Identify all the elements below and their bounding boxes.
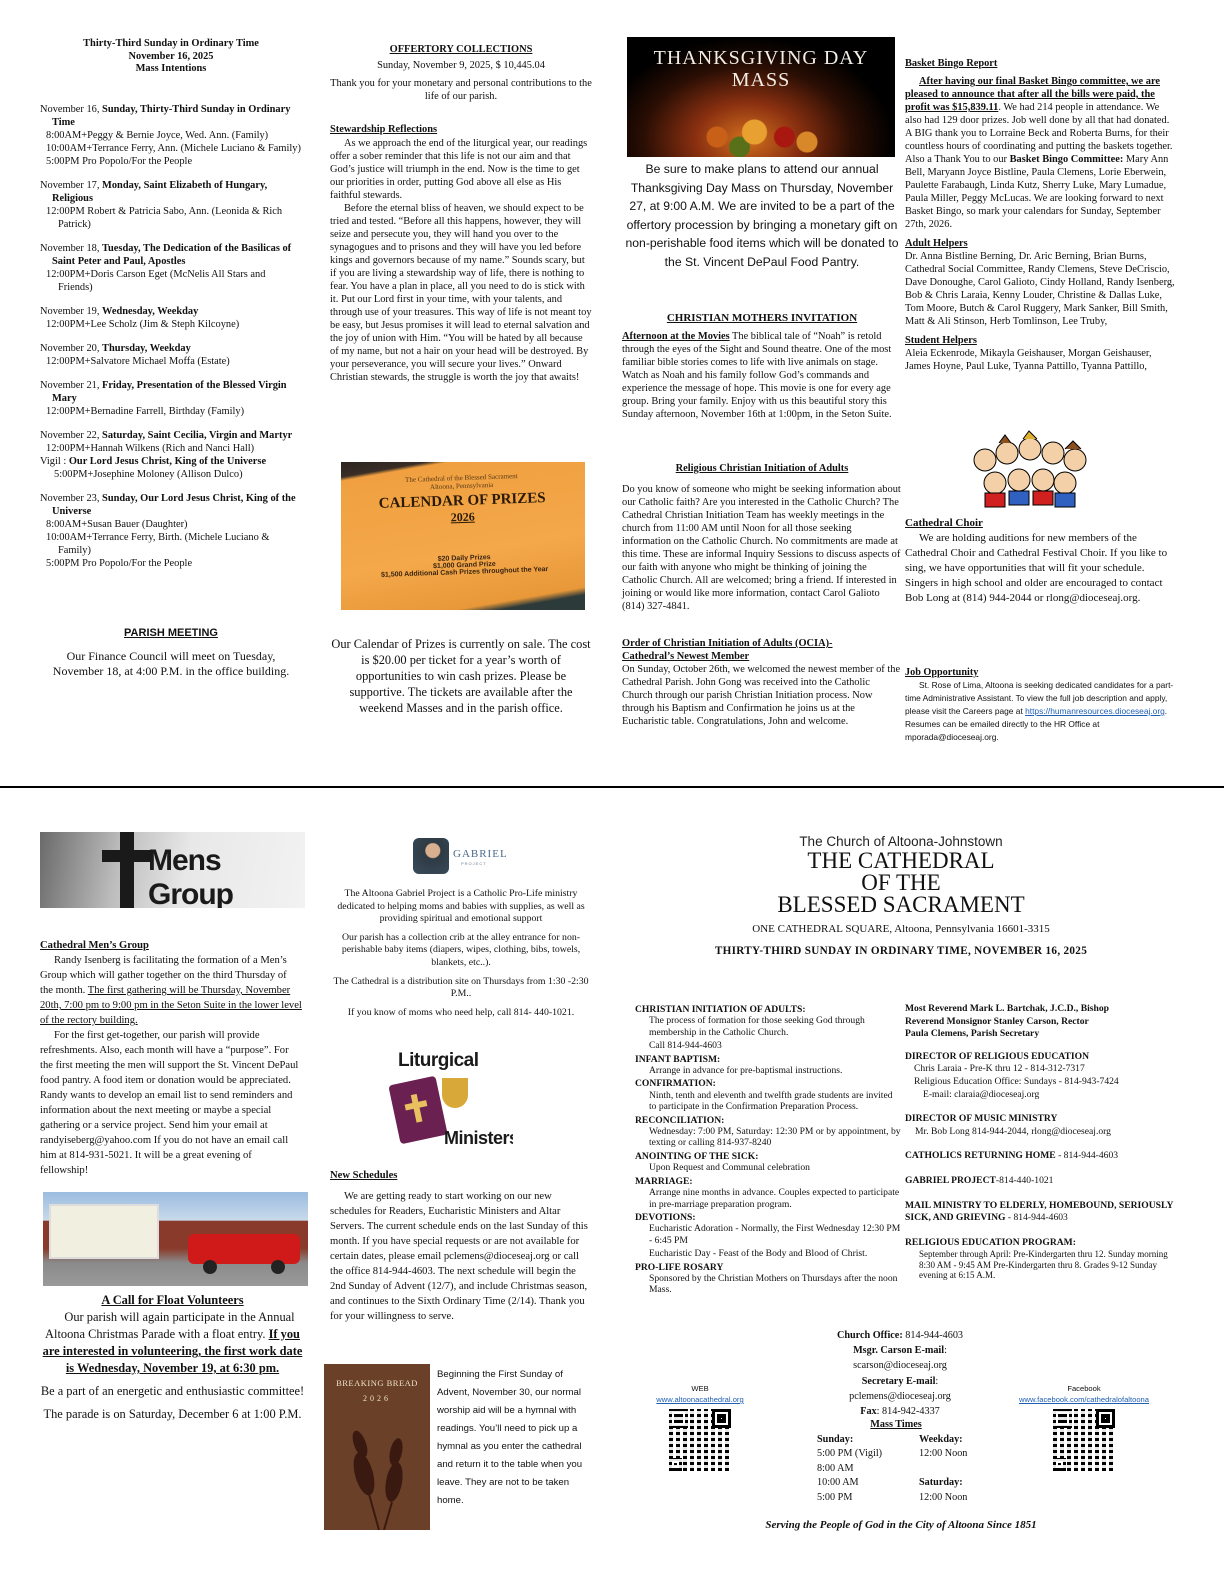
offertory-section: OFFERTORY COLLECTIONS Sunday, November 9… [330, 43, 592, 384]
mens-group-title: Cathedral Men’s Group [40, 938, 302, 953]
religious-ed-program-body: September through April: Pre-Kindergarte… [905, 1249, 1175, 1281]
float-paragraph-2: Be a part of an energetic and enthusiast… [40, 1383, 305, 1400]
adult-helpers-title: Adult Helpers [905, 237, 1175, 250]
mass-intention-line: 12:00PM+Hannah Wilkens (Rich and Nanci H… [40, 442, 302, 455]
float-trailer [49, 1204, 159, 1259]
secretary-email-label: Secretary E-mail: [770, 1374, 1030, 1389]
breaking-bread-year: 2026 [324, 1394, 430, 1403]
new-schedules-section: New Schedules We are getting ready to st… [330, 1168, 592, 1324]
breaking-bread-title: BREAKING BREAD [324, 1378, 430, 1388]
mass-intentions-title: Thirty-Third Sunday in Ordinary Time [40, 38, 302, 51]
secretary-email-label-text: Secretary E-mail [862, 1376, 936, 1387]
dre-line: Religious Education Office: Sundays - 81… [905, 1076, 1175, 1089]
basket-bingo-title: Basket Bingo Report [905, 57, 1175, 70]
cathedral-address: ONE CATHEDRAL SQUARE, Altoona, Pennsylva… [622, 922, 1180, 936]
mail-ministry-phone: - 814-944-4603 [1006, 1212, 1068, 1223]
breaking-bread-cover: BREAKING BREAD 2026 [324, 1364, 430, 1530]
bible-icon [388, 1076, 447, 1145]
adult-helpers-list: Dr. Anna Bistline Berning, Dr. Aric Bern… [905, 250, 1175, 328]
mass-intention-date: November 23, [40, 493, 102, 504]
calendar-of-prizes-photo: The Cathedral of the Blessed Sacrament A… [341, 462, 585, 610]
secretary-name: Paula Clemens, Parish Secretary [905, 1028, 1175, 1041]
mass-intention-line: 5:00PM Pro Popolo/For the People [40, 557, 302, 570]
rcia-title: Religious Christian Initiation of Adults [622, 462, 902, 475]
basket-bingo-body: After having our final Basket Bingo comm… [905, 75, 1175, 231]
religious-ed-program-title: RELIGIOUS EDUCATION PROGRAM: [905, 1237, 1175, 1250]
music-contact: Mr. Bob Long 814-944-2044, rlong@diocese… [905, 1126, 1175, 1139]
gabriel-phone: -814-440-1021 [996, 1175, 1054, 1186]
mass-intention-line: 5:00PM+Josephine Moloney (Allison Dulco) [40, 468, 302, 481]
basket-bingo-committee: Mary Ann Bell, Maryann Joyce Bistline, P… [905, 154, 1168, 230]
weekday-time: 12:00 Noon [919, 1447, 967, 1462]
mass-intention-line: 12:00PM+Doris Carson Eget (McNelis All S… [40, 268, 302, 294]
cross-icon-bar [102, 850, 152, 862]
ocia-body: On Sunday, October 26th, we welcomed the… [622, 663, 902, 728]
float-text: Our parish will again participate in the… [45, 1310, 295, 1341]
mass-intention-day: November 20, Thursday, Weekday [40, 342, 302, 355]
choir-clipart-icon [965, 425, 1095, 510]
sacrament-detail: Eucharistic Adoration - Normally, the Fi… [635, 1223, 901, 1246]
website-link[interactable]: www.altoonacathedral.org [656, 1395, 743, 1404]
catholics-returning-home: CATHOLICS RETURNING HOME - 814-944-4603 [905, 1150, 1175, 1163]
mass-intention-entry: November 21, Friday, Presentation of the… [40, 379, 302, 418]
mass-intention-line: 8:00AM+Peggy & Bernie Joyce, Wed. Ann. (… [40, 129, 302, 142]
mass-intention-entry: November 17, Monday, Saint Elizabeth of … [40, 179, 302, 231]
float-title: A Call for Float Volunteers [40, 1292, 305, 1309]
spacer [919, 1462, 967, 1477]
student-helpers-title: Student Helpers [905, 334, 1175, 347]
cathedral-name-line1: THE CATHEDRAL [622, 850, 1180, 872]
ocia-section: Order of Christian Initiation of Adults … [622, 637, 902, 728]
facebook-link[interactable]: www.facebook.com/cathedralofaltoona [1019, 1395, 1149, 1404]
bishop-name: Most Reverend Mark L. Bartchak, J.C.D., … [905, 1003, 1175, 1016]
mail-ministry-contact: MAIL MINISTRY TO ELDERLY, HOMEBOUND, SER… [905, 1200, 1175, 1225]
web-qr-block: WEB www.altoonacathedral.org [640, 1383, 760, 1471]
msgr-email[interactable]: scarson@dioceseaj.org [770, 1358, 1030, 1373]
vigil-line: Vigil : Our Lord Jesus Christ, King of t… [40, 455, 302, 468]
stewardship-paragraph-1: As we approach the end of the liturgical… [330, 137, 592, 202]
mens-group-paragraph-2: For the first get-together, our parish w… [40, 1028, 302, 1178]
mass-intention-day: November 21, Friday, Presentation of the… [40, 379, 302, 405]
job-title: Job Opportunity [905, 666, 1175, 679]
sunday-time: 5:00 PM [817, 1491, 919, 1506]
sacrament-label: ANOINTING OF THE SICK: [635, 1151, 901, 1162]
fax: Fax: 814-942-4337 [770, 1404, 1030, 1419]
mass-intention-date: November 19, [40, 306, 102, 317]
calendar-prizes-body: Our Calendar of Prizes is currently on s… [330, 636, 592, 716]
liturgical-logo-line1: Liturgical [398, 1050, 479, 1072]
mens-group-banner-text: Mens Group [148, 844, 305, 908]
returning-phone: - 814-944-4603 [1056, 1150, 1118, 1161]
student-helpers-list: Aleia Eckenrode, Mikayla Geishauser, Mor… [905, 347, 1175, 373]
choir-section: Cathedral Choir We are holding auditions… [905, 516, 1175, 606]
mass-intentions-header: Thirty-Third Sunday in Ordinary Time Nov… [40, 38, 302, 76]
stewardship-paragraph-2: Before the eternal bliss of heaven, we s… [330, 202, 592, 384]
mass-intention-line: 10:00AM+Terrance Ferry, Birth. (Michele … [40, 531, 302, 557]
thanksgiving-banner-line2: MASS [627, 69, 895, 91]
mass-intention-day: November 23, Sunday, Our Lord Jesus Chri… [40, 492, 302, 518]
job-careers-link[interactable]: https://humanresources.dioceseaj.org [1025, 706, 1165, 716]
truck-wheel [203, 1260, 217, 1274]
mass-intention-day: November 17, Monday, Saint Elizabeth of … [40, 179, 302, 205]
christian-mothers-section: CHRISTIAN MOTHERS INVITATION Afternoon a… [622, 312, 902, 421]
float-volunteers-section: A Call for Float Volunteers Our parish w… [40, 1292, 305, 1423]
mass-times-title: Mass Times [811, 1418, 981, 1433]
rcia-section: Religious Christian Initiation of Adults… [622, 462, 902, 613]
gabriel-logo-subtext: PROJECT [461, 861, 487, 866]
wheat-icon [324, 1404, 430, 1530]
truck-wheel [271, 1260, 285, 1274]
mass-intention-date: November 17, [40, 180, 102, 191]
mens-group-paragraph-1: Randy Isenberg is facilitating the forma… [40, 953, 302, 1028]
job-body: St. Rose of Lima, Altoona is seeking ded… [905, 679, 1175, 744]
parish-meeting-body: Our Finance Council will meet on Tuesday… [40, 649, 302, 679]
footer-tagline: Serving the People of God in the City of… [622, 1519, 1180, 1532]
masthead: The Church of Altoona-Johnstown THE CATH… [622, 834, 1180, 958]
web-qr-code-icon[interactable] [669, 1409, 731, 1471]
bulletin-date-line: THIRTY-THIRD SUNDAY IN ORDINARY TIME, NO… [622, 944, 1180, 958]
new-schedules-title: New Schedules [330, 1168, 592, 1183]
parish-meeting-title: PARISH MEETING [40, 626, 302, 641]
sacrament-detail: Arrange in advance for pre-baptismal ins… [635, 1065, 901, 1076]
mass-intentions-list: November 16, Sunday, Thirty-Third Sunday… [40, 103, 302, 570]
choir-singers-clipart [965, 425, 1095, 510]
offertory-amount: Sunday, November 9, 2025, $ 10,445.04 [330, 59, 592, 72]
thanksgiving-banner-line1: THANKSGIVING DAY [627, 47, 895, 69]
contact-block: Church Office: 814-944-4603 Msgr. Carson… [770, 1328, 1030, 1419]
basket-bingo-committee-label: Basket Bingo Committee: [1010, 154, 1124, 165]
mass-intentions-subtitle: Mass Intentions [40, 63, 302, 76]
mass-intention-day: November 16, Sunday, Thirty-Third Sunday… [40, 103, 302, 129]
sacrament-label: MARRIAGE: [635, 1176, 901, 1187]
thanksgiving-body: Be sure to make plans to attend our annu… [622, 160, 902, 271]
sacrament-detail: Eucharistic Day - Feast of the Body and … [635, 1248, 901, 1259]
mass-intention-date: November 22, [40, 430, 102, 441]
mass-intention-day: November 18, Tuesday, The Dedication of … [40, 242, 302, 268]
thanksgiving-banner-image: THANKSGIVING DAY MASS [627, 37, 895, 157]
new-schedules-body: We are getting ready to start working on… [330, 1189, 592, 1324]
returning-title: CATHOLICS RETURNING HOME [905, 1150, 1056, 1161]
offertory-thanks: Thank you for your monetary and personal… [330, 77, 592, 103]
sunday-mass-times: Sunday: 5:00 PM (Vigil) 8:00 AM 10:00 AM… [811, 1433, 919, 1506]
mass-intentions-date: November 16, 2025 [40, 51, 302, 64]
christian-mothers-lead: Afternoon at the Movies [622, 331, 730, 342]
ocia-title-2: Cathedral’s Newest Member [622, 650, 902, 663]
float-paragraph-3: The parade is on Saturday, December 6 at… [40, 1406, 305, 1423]
weekday-label: Weekday: [919, 1433, 967, 1448]
mass-times-grid: Sunday: 5:00 PM (Vigil) 8:00 AM 10:00 AM… [811, 1433, 991, 1506]
mass-intention-day: November 19, Wednesday, Weekday [40, 305, 302, 318]
sacraments-list: CHRISTIAN INITIATION OF ADULTS:The proce… [635, 1003, 901, 1298]
mass-intention-entry: November 18, Tuesday, The Dedication of … [40, 242, 302, 294]
calendar-photo-text: The Cathedral of the Blessed Sacrament A… [351, 470, 574, 580]
mass-intention-entry: November 20, Thursday, Weekday12:00PM+Sa… [40, 342, 302, 368]
float-paragraph-1: Our parish will again participate in the… [40, 1309, 305, 1377]
sacrament-detail: Wednesday: 7:00 PM, Saturday: 12:30 PM o… [635, 1126, 901, 1149]
mass-intention-line: 10:00AM+Terrance Ferry, Ann. (Michele Lu… [40, 142, 302, 155]
sacrament-detail: Call 814-944-4603 [635, 1040, 901, 1051]
breaking-bread-body: Beginning the First Sunday of Advent, No… [437, 1366, 585, 1510]
gabriel-section: The Altoona Gabriel Project is a Catholi… [330, 888, 592, 1019]
church-office-phone: 814-944-4603 [903, 1330, 963, 1341]
christian-mothers-title: CHRISTIAN MOTHERS INVITATION [622, 312, 902, 325]
web-label: WEB [640, 1383, 760, 1394]
offertory-title: OFFERTORY COLLECTIONS [330, 43, 592, 56]
mass-intention-entry: November 23, Sunday, Our Lord Jesus Chri… [40, 492, 302, 570]
mass-intention-line: 12:00PM+Lee Scholz (Jim & Steph Kilcoyne… [40, 318, 302, 331]
sunday-time: 10:00 AM [817, 1476, 919, 1491]
mass-intention-entry: November 22, Saturday, Saint Cecilia, Vi… [40, 429, 302, 481]
rcia-body: Do you know of someone who might be seek… [622, 483, 902, 613]
gabriel-project-logo: GABRIEL PROJECT [413, 838, 508, 874]
cross-icon [120, 832, 134, 908]
facebook-label: Facebook [1000, 1383, 1168, 1394]
liturgical-logo-line2: Ministers [444, 1128, 513, 1149]
facebook-qr-block: Facebook www.facebook.com/cathedralofalt… [1000, 1383, 1168, 1471]
sunday-time: 8:00 AM [817, 1462, 919, 1477]
chalice-icon [442, 1078, 468, 1108]
mens-group-section: Cathedral Men’s Group Randy Isenberg is … [40, 938, 302, 1178]
liturgical-ministers-logo: Liturgical Ministers [388, 1048, 513, 1152]
thanksgiving-banner-text: THANKSGIVING DAY MASS [627, 47, 895, 91]
parade-float-photo [43, 1192, 308, 1286]
basket-bingo-section: Basket Bingo Report After having our fin… [905, 57, 1175, 373]
saturday-label: Saturday: [919, 1476, 967, 1491]
mass-intention-feast: Wednesday, Weekday [102, 306, 198, 317]
sacrament-label: RECONCILIATION: [635, 1115, 901, 1126]
church-office-label: Church Office: [837, 1330, 903, 1341]
vigil-feast: Our Lord Jesus Christ, King of the Unive… [69, 456, 266, 467]
mass-intention-day: November 22, Saturday, Saint Cecilia, Vi… [40, 429, 302, 442]
cathedral-name-line2: OF THE [622, 872, 1180, 894]
mass-intention-feast: Thursday, Weekday [102, 343, 191, 354]
staff-directory: Most Reverend Mark L. Bartchak, J.C.D., … [905, 1003, 1175, 1281]
mass-intention-line: 12:00PM Robert & Patricia Sabo, Ann. (Le… [40, 205, 302, 231]
mass-intention-date: November 20, [40, 343, 102, 354]
dre-line: Chris Laraia - Pre-K thru 12 - 814-312-7… [905, 1063, 1175, 1076]
saturday-time: 12:00 Noon [919, 1491, 967, 1506]
sacrament-detail: Sponsored by the Christian Mothers on Th… [635, 1273, 901, 1296]
secretary-email[interactable]: pclemens@dioceseaj.org [770, 1389, 1030, 1404]
ocia-title-1: Order of Christian Initiation of Adults … [622, 637, 902, 650]
mass-times: Mass Times Sunday: 5:00 PM (Vigil) 8:00 … [811, 1418, 991, 1506]
gabriel-paragraph-4: If you know of moms who need help, call … [330, 1007, 592, 1020]
sacrament-detail: The process of formation for those seeki… [635, 1015, 901, 1038]
mass-intention-line: 12:00PM+Bernadine Farrell, Birthday (Fam… [40, 405, 302, 418]
sacrament-detail: Ninth, tenth and eleventh and twelfth gr… [635, 1090, 901, 1113]
sacrament-label: DEVOTIONS: [635, 1212, 901, 1223]
sacrament-label: PRO-LIFE ROSARY [635, 1262, 901, 1273]
fax-label: Fax [860, 1406, 876, 1417]
mass-intention-date: November 18, [40, 243, 102, 254]
job-section: Job Opportunity St. Rose of Lima, Altoon… [905, 666, 1175, 744]
dre-email: E-mail: claraia@dioceseaj.org [905, 1089, 1175, 1102]
msgr-email-label: Msgr. Carson E-mail: [770, 1343, 1030, 1358]
fax-number: : 814-942-4337 [877, 1406, 940, 1417]
cornucopia-fruit-graphic [687, 107, 837, 157]
church-office: Church Office: 814-944-4603 [770, 1328, 1030, 1343]
mass-intentions-section: Thirty-Third Sunday in Ordinary Time Nov… [40, 38, 302, 581]
gabriel-paragraph-3: The Cathedral is a distribution site on … [330, 976, 592, 1001]
red-pickup-truck [188, 1234, 300, 1264]
mass-intention-date: November 21, [40, 380, 102, 391]
sunday-time: 5:00 PM (Vigil) [817, 1447, 919, 1462]
sacrament-detail: Upon Request and Communal celebration [635, 1162, 901, 1173]
sacrament-detail: Arrange nine months in advance. Couples … [635, 1187, 901, 1210]
rector-name: Reverend Monsignor Stanley Carson, Recto… [905, 1016, 1175, 1029]
cathedral-name-line3: BLESSED SACRAMENT [622, 894, 1180, 916]
mens-group-banner: Mens Group [40, 832, 305, 908]
choir-title: Cathedral Choir [905, 516, 1175, 531]
mass-intention-feast: Saturday, Saint Cecilia, Virgin and Mart… [102, 430, 292, 441]
gabriel-title: GABRIEL PROJECT [905, 1175, 996, 1186]
choir-body: We are holding auditions for new members… [905, 531, 1175, 606]
mass-intention-entry: November 19, Wednesday, Weekday12:00PM+L… [40, 305, 302, 331]
weekday-mass-times: Weekday: 12:00 Noon Saturday: 12:00 Noon [919, 1433, 967, 1506]
vigil-label: Vigil : [40, 456, 69, 467]
sacrament-label: CHRISTIAN INITIATION OF ADULTS: [635, 1004, 901, 1015]
sacrament-label: CONFIRMATION: [635, 1078, 901, 1089]
mass-intention-line: 8:00AM+Susan Bauer (Daughter) [40, 518, 302, 531]
gabriel-project-contact: GABRIEL PROJECT-814-440-1021 [905, 1175, 1175, 1188]
mass-intention-date: November 16, [40, 104, 102, 115]
msgr-email-label-text: Msgr. Carson E-mail [853, 1345, 944, 1356]
christian-mothers-text: The biblical tale of “Noah” is retold th… [622, 331, 892, 420]
facebook-qr-code-icon[interactable] [1053, 1409, 1115, 1471]
mass-intention-line: 5:00PM Pro Popolo/For the People [40, 155, 302, 168]
gabriel-paragraph-2: Our parish has a collection crib at the … [330, 932, 592, 970]
parish-meeting-section: PARISH MEETING Our Finance Council will … [40, 626, 302, 679]
mass-intention-line: 12:00PM+Salvatore Michael Moffa (Estate) [40, 355, 302, 368]
madonna-icon [413, 838, 449, 874]
gabriel-logo-text: GABRIEL [453, 848, 508, 860]
gabriel-paragraph-1: The Altoona Gabriel Project is a Catholi… [330, 888, 592, 926]
sunday-label: Sunday: [817, 1433, 919, 1448]
mass-intention-entry: November 16, Sunday, Thirty-Third Sunday… [40, 103, 302, 168]
stewardship-title: Stewardship Reflections [330, 123, 592, 136]
christian-mothers-body: Afternoon at the Movies The biblical tal… [622, 330, 902, 421]
page-fold-divider [0, 786, 1224, 788]
sacrament-label: INFANT BAPTISM: [635, 1054, 901, 1065]
music-title: DIRECTOR OF MUSIC MINISTRY [905, 1113, 1175, 1126]
dre-title: DIRECTOR OF RELIGIOUS EDUCATION [905, 1051, 1175, 1064]
